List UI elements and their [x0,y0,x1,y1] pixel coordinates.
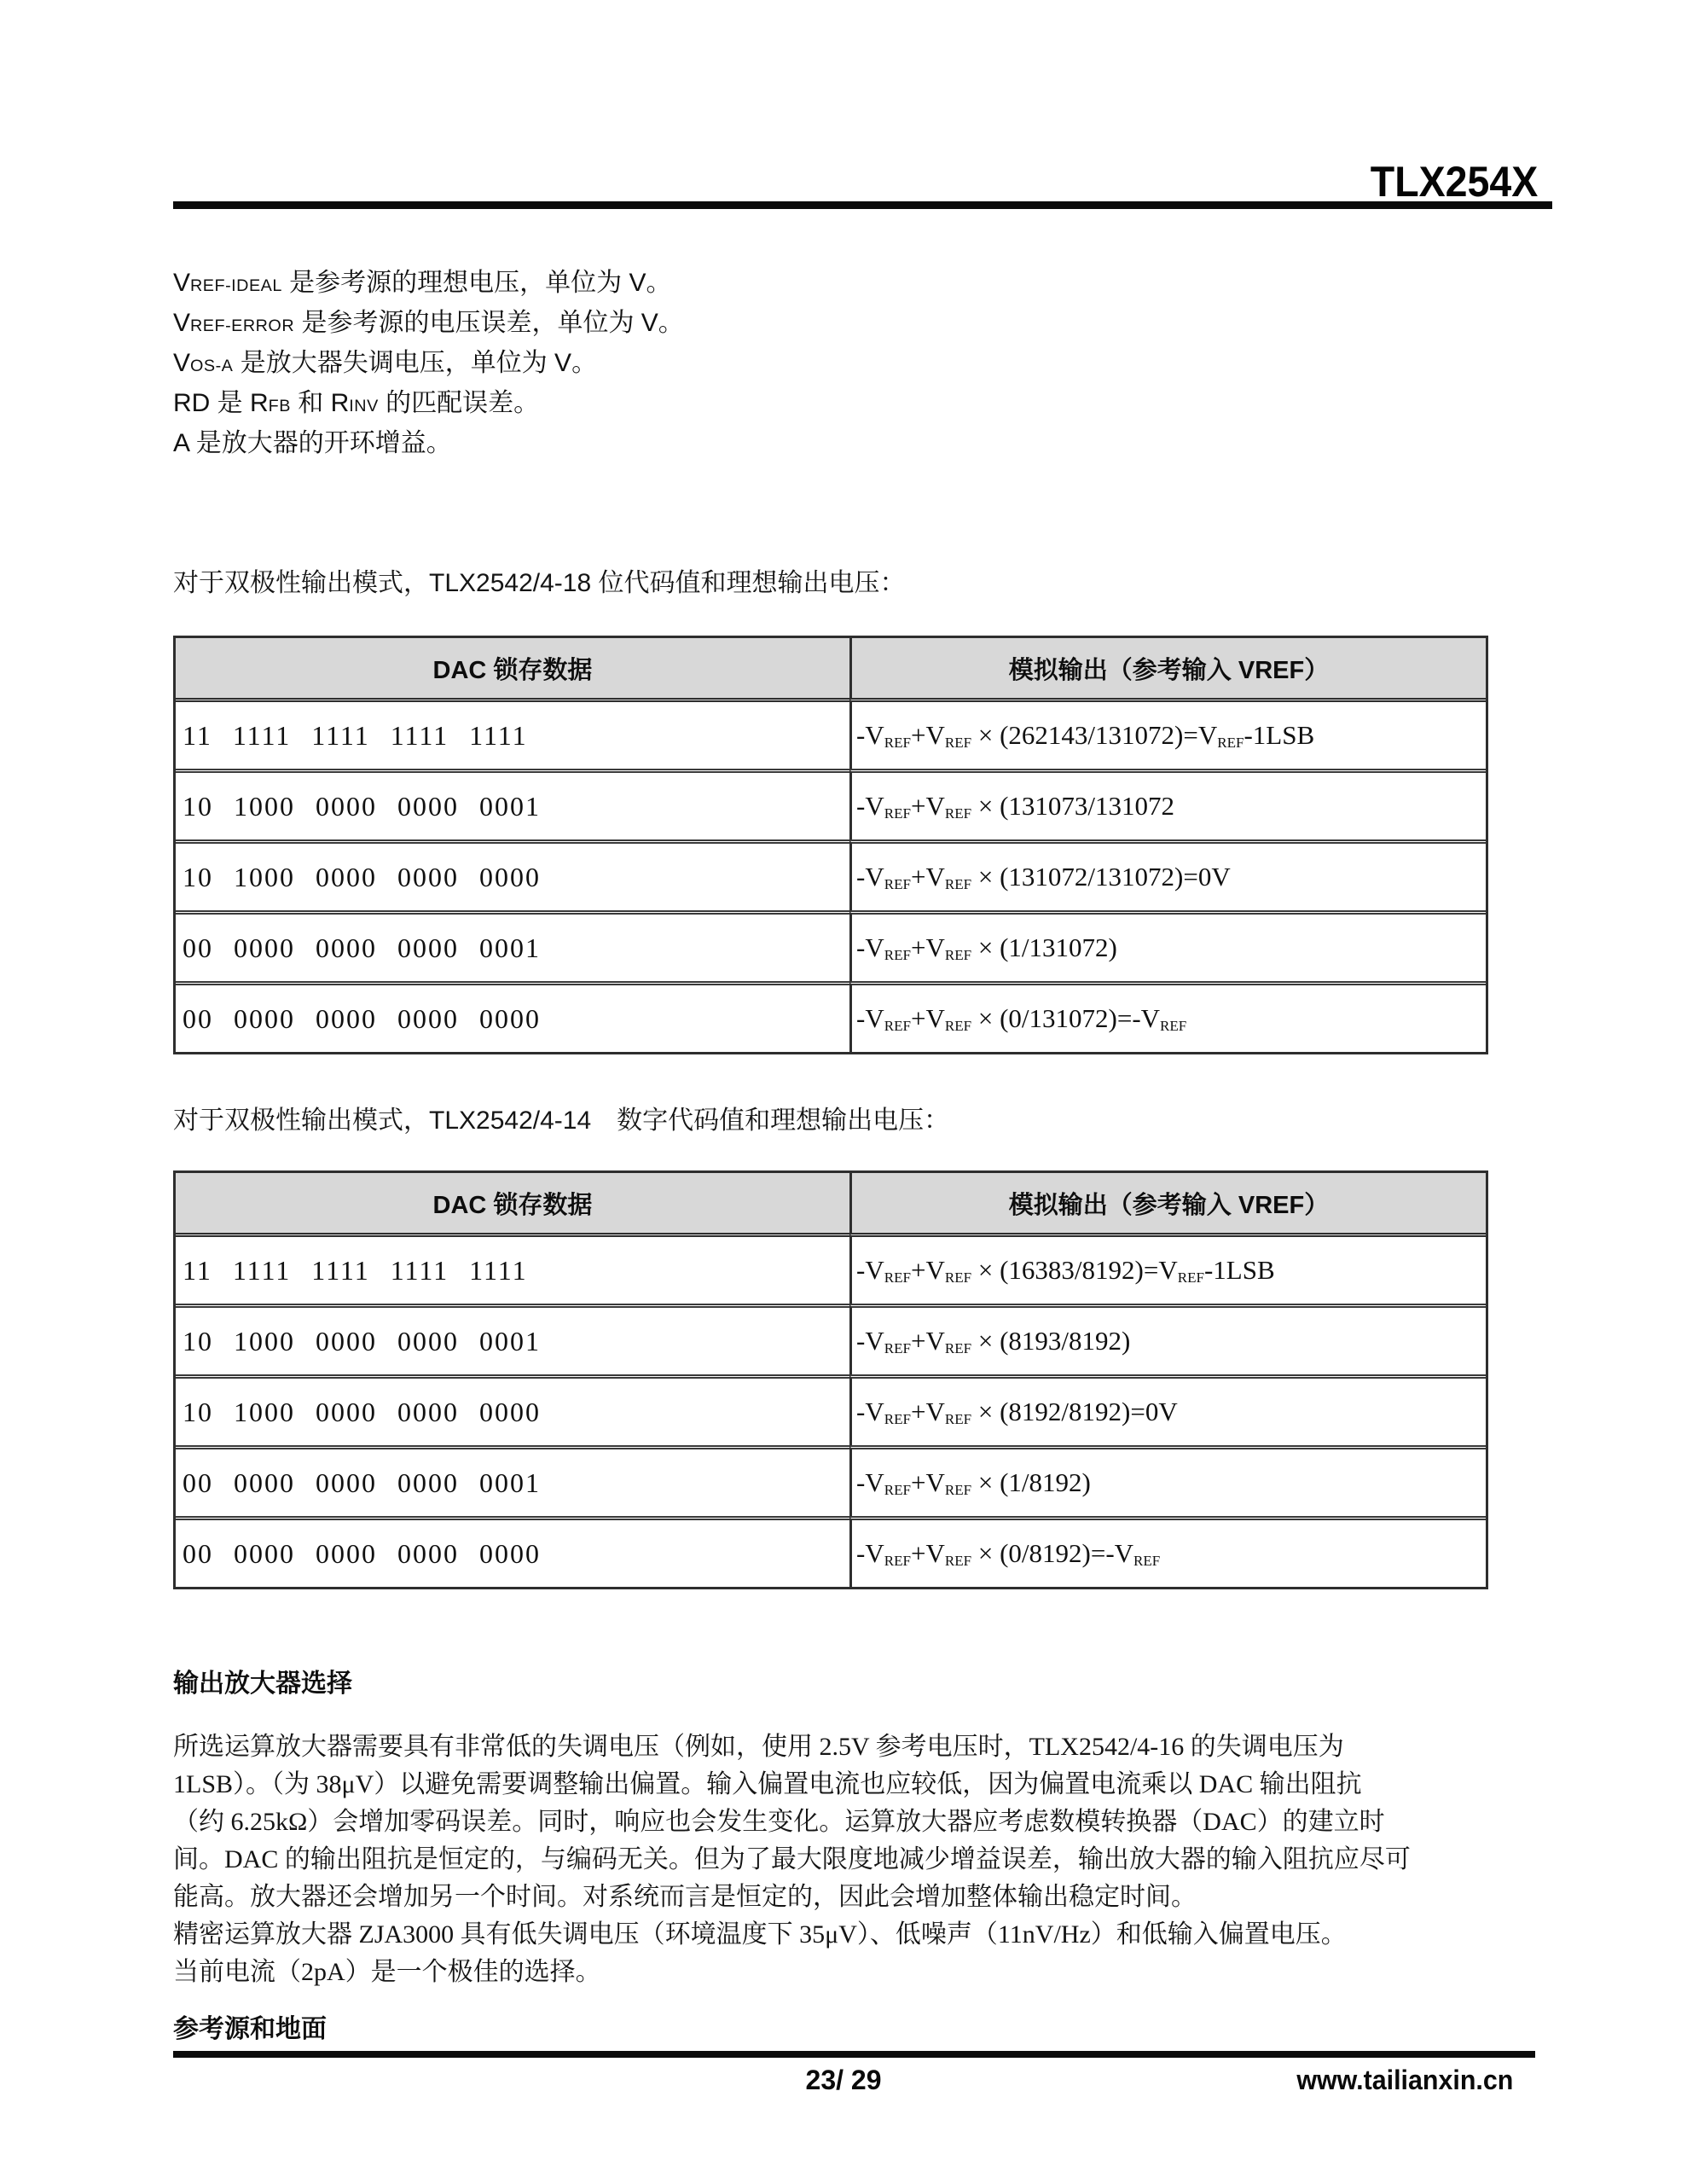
header-rule [173,201,1552,209]
page-title: TLX254X [1371,157,1538,206]
table2-intro: 对于双极性输出模式，TLX2542/4-14 数字代码值和理想输出电压： [173,1099,949,1136]
dac-code-cell: 00 0000 0000 0000 0001 [176,1445,849,1516]
dac-code-cell: 00 0000 0000 0000 0000 [176,1516,849,1587]
paragraph-line: 1LSB）。（为 38μV）以避免需要调整输出偏置。输入偏置电流也应较低，因为偏… [173,1766,1538,1804]
analog-output-cell: -VREF+VREF × (1/8192) [849,1445,1486,1516]
column-header-analog-output: 模拟输出（参考输入 VREF） [849,638,1486,702]
column-header-dac-latch-data: DAC 锁存数据 [176,1173,849,1237]
table-row: 10 1000 0000 0000 0000 -VREF+VREF × (819… [176,1374,1486,1445]
table-row: 00 0000 0000 0000 0001 -VREF+VREF × (1/8… [176,1445,1486,1516]
column-header-dac-latch-data: DAC 锁存数据 [176,638,849,702]
definition-line: A 是放大器的开环增益。 [173,425,684,462]
dac-code-cell: 00 0000 0000 0000 0000 [176,981,849,1052]
definition-line: VREF-ERROR 是参考源的电压误差，单位为 V。 [173,305,684,345]
paragraph-line: 精密运算放大器 ZJA3000 具有低失调电压（环境温度下 35μV）、低噪声（… [173,1916,1538,1954]
column-header-analog-output: 模拟输出（参考输入 VREF） [849,1173,1486,1237]
definition-line: VREF-IDEAL 是参考源的理想电压，单位为 V。 [173,264,684,305]
analog-output-cell: -VREF+VREF × (131072/131072)=0V [849,839,1486,910]
dac-code-table-14bit: DAC 锁存数据 模拟输出（参考输入 VREF） 11 1111 1111 11… [173,1170,1488,1589]
paragraph-line: （约 6.25kΩ）会增加零码误差。同时，响应也会发生变化。运算放大器应考虑数模… [173,1804,1538,1841]
analog-output-cell: -VREF+VREF × (262143/131072)=VREF-1LSB [849,702,1486,769]
table1-intro: 对于双极性输出模式，TLX2542/4-18 位代码值和理想输出电压： [173,561,905,599]
datasheet-page: TLX254X VREF-IDEAL 是参考源的理想电压，单位为 V。 VREF… [0,0,1687,2184]
table-row: 10 1000 0000 0000 0000 -VREF+VREF × (131… [176,839,1486,910]
table-row: 10 1000 0000 0000 0001 -VREF+VREF × (819… [176,1304,1486,1374]
website-url: www.tailianxin.cn [1296,2065,1513,2096]
paragraph-line: 所选运算放大器需要具有非常低的失调电压（例如，使用 2.5V 参考电压时，TLX… [173,1728,1538,1766]
table-header-row: DAC 锁存数据 模拟输出（参考输入 VREF） [176,1173,1486,1237]
analog-output-cell: -VREF+VREF × (8193/8192) [849,1304,1486,1374]
analog-output-cell: -VREF+VREF × (0/8192)=-VREF [849,1516,1486,1587]
dac-code-cell: 11 1111 1111 1111 1111 [176,702,849,769]
table-row: 00 0000 0000 0000 0000 -VREF+VREF × (0/8… [176,1516,1486,1587]
analog-output-cell: -VREF+VREF × (8192/8192)=0V [849,1374,1486,1445]
amplifier-paragraph: 所选运算放大器需要具有非常低的失调电压（例如，使用 2.5V 参考电压时，TLX… [173,1728,1538,1991]
analog-output-cell: -VREF+VREF × (0/131072)=-VREF [849,981,1486,1052]
analog-output-cell: -VREF+VREF × (16383/8192)=VREF-1LSB [849,1237,1486,1304]
dac-code-cell: 00 0000 0000 0000 0001 [176,910,849,981]
footer-rule [173,2051,1535,2058]
dac-code-table-18bit: DAC 锁存数据 模拟输出（参考输入 VREF） 11 1111 1111 11… [173,636,1488,1054]
dac-code-cell: 10 1000 0000 0000 0001 [176,769,849,839]
section-heading-output-amplifier: 输出放大器选择 [173,1662,352,1699]
analog-output-cell: -VREF+VREF × (131073/131072 [849,769,1486,839]
dac-code-cell: 10 1000 0000 0000 0001 [176,1304,849,1374]
dac-code-cell: 10 1000 0000 0000 0000 [176,839,849,910]
definition-line: VOS-A 是放大器失调电压，单位为 V。 [173,345,684,385]
dac-code-cell: 10 1000 0000 0000 0000 [176,1374,849,1445]
paragraph-line: 间。DAC 的输出阻抗是恒定的，与编码无关。但为了最大限度地减少增益误差，输出放… [173,1841,1538,1879]
definitions-block: VREF-IDEAL 是参考源的理想电压，单位为 V。 VREF-ERROR 是… [173,264,684,462]
section-heading-reference-ground: 参考源和地面 [173,2007,327,2045]
dac-code-cell: 11 1111 1111 1111 1111 [176,1237,849,1304]
table-row: 00 0000 0000 0000 0001 -VREF+VREF × (1/1… [176,910,1486,981]
table-header-row: DAC 锁存数据 模拟输出（参考输入 VREF） [176,638,1486,702]
table-row: 10 1000 0000 0000 0001 -VREF+VREF × (131… [176,769,1486,839]
analog-output-cell: -VREF+VREF × (1/131072) [849,910,1486,981]
table-row: 00 0000 0000 0000 0000 -VREF+VREF × (0/1… [176,981,1486,1052]
table-row: 11 1111 1111 1111 1111 -VREF+VREF × (163… [176,1237,1486,1304]
table-row: 11 1111 1111 1111 1111 -VREF+VREF × (262… [176,702,1486,769]
paragraph-line: 当前电流（2pA）是一个极佳的选择。 [173,1954,1538,1991]
definition-line: RD 是 RFB 和 RINV 的匹配误差。 [173,385,684,425]
paragraph-line: 能高。放大器还会增加另一个时间。对系统而言是恒定的，因此会增加整体输出稳定时间。 [173,1879,1538,1916]
